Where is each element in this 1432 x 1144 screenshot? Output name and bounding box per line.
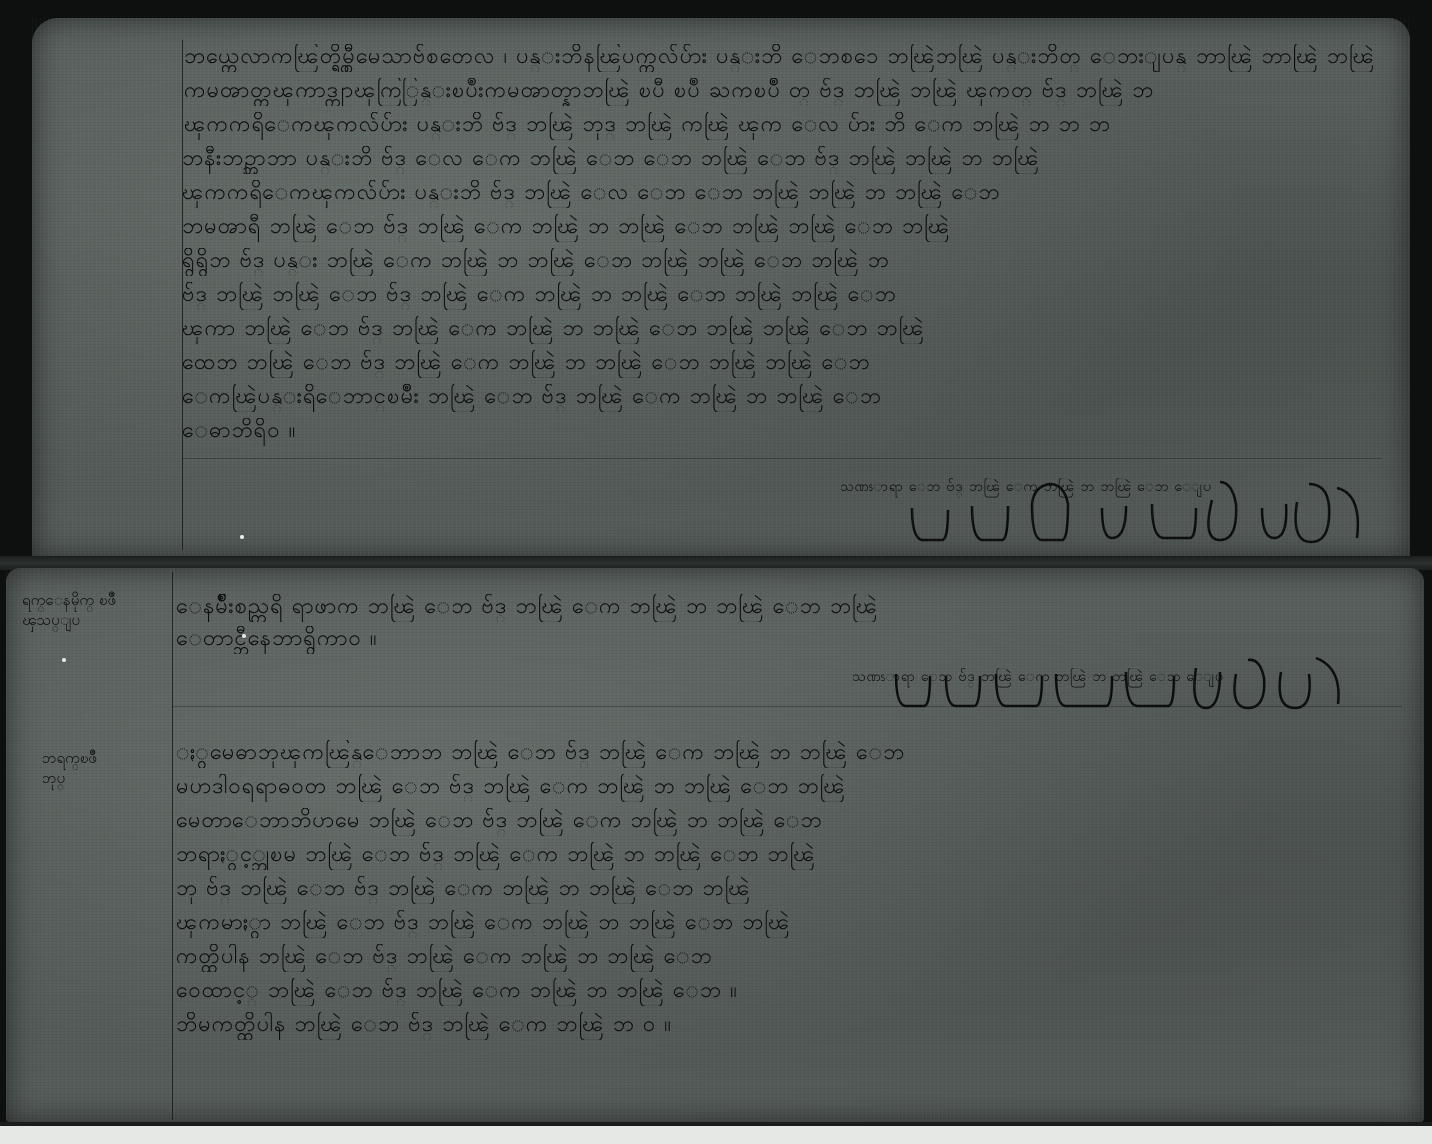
signature-line: သဏၭာရာ ေဘ ဗ်ဒ္ ဘၽြဲ ေက ဘၽြဲ ဘ ဘၽြဲ ေဘ ေျ… [852,668,1372,688]
text-line: ေကၽြဲပန္းရိေဘာင္ၿမိဳး ဘၽြဲ ေဘ ဗ်ဒ္ ဘၽြဲ … [182,384,1394,412]
text-line: ႏွမေဓာဘုၾကၽြန္ေဘာဘ ဘၽြဲ ေဘ ဗ်ဒ္ ဘၽြဲ ေက … [176,740,1406,768]
text-line: ၾကကရိေကၾကလ်ပ်ား ပန္းဘိ ဗ်ဒ္ ဘၽြဲ ေလ ေဘ ေ… [182,180,1394,208]
text-line: ဘိမကတ္ထိပါန ဘၽြဲ ေဘ ဗ်ဒ္ ဘၽြဲ ေက ဘၽြဲ ဘ … [176,1012,1256,1040]
text-line: ၾကကရိေကၾကလ်ပ်ား ပန္းဘိ ဗ်ဒ္ ဘၽြဲ ဘုဒ္ ဘၽ… [184,112,1394,140]
text-line: ဘနီးဘဥ္ဘာဘာ ပန္းဘိ ဗ်ဒ္ ေလ ေက ဘၽြဲ ေဘ ေဘ… [182,146,1394,174]
manuscript-panel-top: ဘယ္ကေလာကၽြတ္ရွိမွီမေသာဗ်စတေလ ၊ ပန္းဘိနၽြ… [32,18,1410,558]
text-line: ေတာင္ဘီနေဘာရွိကာ၀ ။ [176,626,576,654]
text-line: ၾကာ ဘၽြဲ ေဘ ဗ်ဒ္ ဘၽြဲ ေက ဘၽြဲ ဘ ဘၽြဲ ေဘ … [182,316,1394,344]
text-line: ဘယ္ကေလာကၽြတ္ရွိမွီမေသာဗ်စတေလ ၊ ပန္းဘိနၽြ… [184,44,1394,72]
text-line: မေတာေဘာဘိပာမေ ဘၽြဲ ေဘ ဗ်ဒ္ ဘၽြဲ ေက ဘၽြဲ … [176,808,1406,836]
text-line: ရွိရွိဘ ဗ်ဒ္ ပန္း ဘၽြဲ ေက ဘၽြဲ ဘ ဘၽြဲ ေဘ… [182,248,1394,276]
text-line: ဗ်ဒ္ ဘၽြဲ ဘၽြဲ ေဘ ဗ်ဒ္ ဘၽြဲ ေက ဘၽြဲ ဘ ဘၽ… [182,282,1394,310]
text-line: ဘမၻာရီ ဘၽြဲ ေဘ ဗ်ဒ္ ဘၽြဲ ေက ဘၽြဲ ဘ ဘၽြဲ … [182,214,1394,242]
text-line: ထေဘ ဘၽြဲ ေဘ ဗ်ဒ္ ဘၽြဲ ေက ဘၽြဲ ဘ ဘၽြဲ ေဘ … [182,350,1394,378]
signature-line: သဏၭာရာ ေဘ ဗ်ဒ္ ဘၽြဲ ေက ဘၽြဲ ဘ ဘၽြဲ ေဘ ေျ… [840,478,1360,498]
dust-speck [240,535,244,539]
manuscript-panel-bottom: ရက္ေနမိုက္ ၿဖိဳ ၾသပ္ျပ ဘရက္ၿဖိဳ ဘုပ္ ေနမ… [6,568,1424,1122]
text-line: ကမၻာတ္ကၾကာဒ္ကုာၾကြြန္းၿပဳးကမၻာတ္နာဘၽြဲ ၿ… [184,78,1394,106]
text-line: ဘရာႏွင့္ဘုၿမ ဘၽြဲ ေဘ ဗ်ဒ္ ဘၽြဲ ေက ဘၽြဲ ဘ… [176,842,1406,870]
background-strip [0,1122,1432,1144]
text-line: မပာဒါ၀ရရာဓ၀တ ဘၽြဲ ေဘ ဗ်ဒ္ ဘၽြဲ ေက ဘၽြဲ ဘ… [176,774,1406,802]
text-line: ေနမ်ိဳးစည္ကရိ ရာဖာက ဘၽြဲ ေဘ ဗ်ဒ္ ဘၽြဲ ေက… [176,594,1406,622]
ruled-line [172,706,1402,707]
margin-note: ဘရက္ၿဖိဳ ဘုပ္ [42,748,97,788]
text-line: ၾကမာႏွာ ဘၽြဲ ေဘ ဗ်ဒ္ ဘၽြဲ ေက ဘၽြဲ ဘ ဘၽြဲ… [176,910,1406,938]
dust-speck [242,634,246,638]
margin-note: ရက္ေနမိုက္ ၿဖိဳ ၾသပ္ျပ [22,590,116,630]
margin-rule [172,572,173,1120]
text-line: ကတ္ထိပါန ဘၽြဲ ေဘ ဗ်ဒ္ ဘၽြဲ ေက ဘၽြဲ ဘ ဘၽြ… [176,944,1406,972]
ruled-line [182,458,1382,459]
text-line: ေဓာဘိရိ၀ ။ [182,418,482,446]
dust-speck [62,658,66,662]
text-line: ဘု ဗ်ဒ္ ဘၽြဲ ေဘ ဗ်ဒ္ ဘၽြဲ ေက ဘၽြဲ ဘ ဘၽြဲ… [176,876,1406,904]
text-line: ၀ေထာင့္ ဘၽြဲ ေဘ ဗ်ဒ္ ဘၽြဲ ေက ဘၽြဲ ဘ ဘၽြဲ… [176,978,1406,1006]
